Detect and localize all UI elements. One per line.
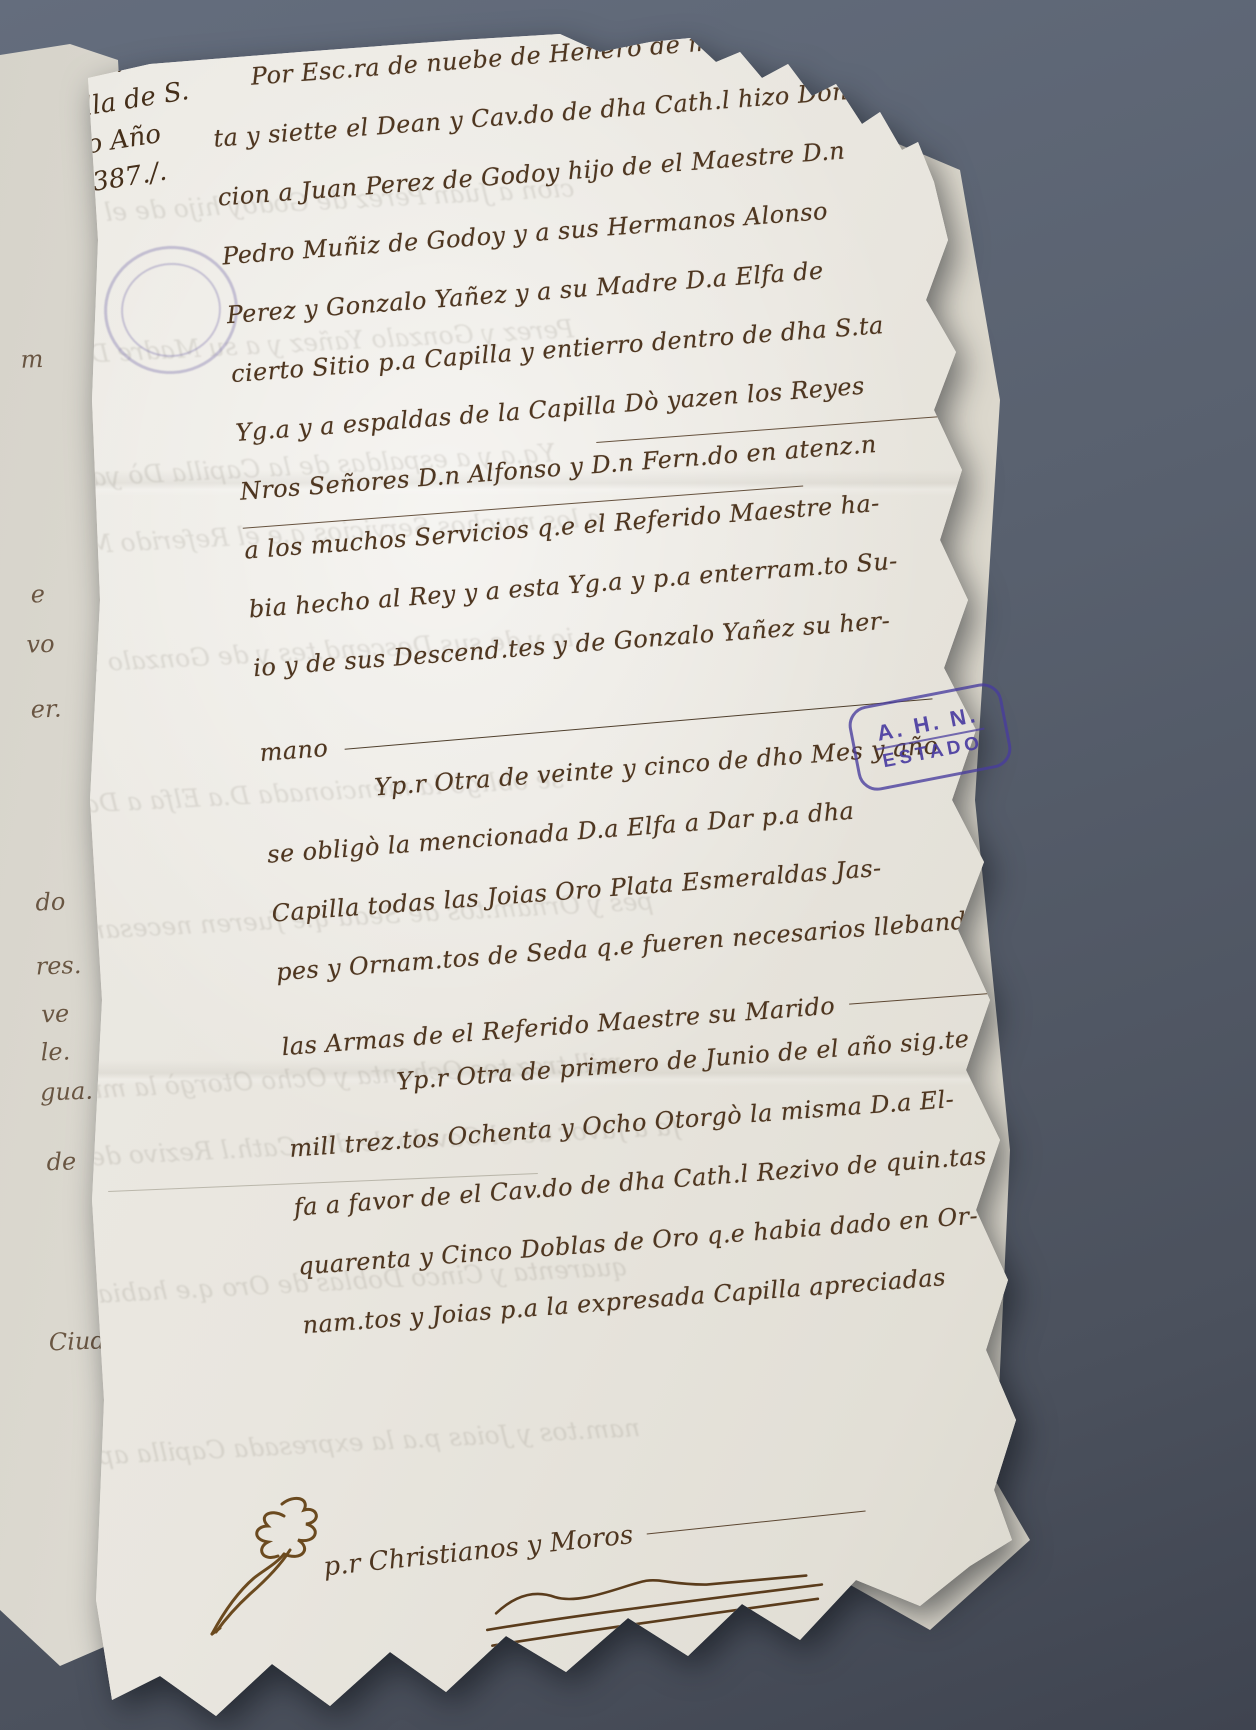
- photograph-of-manuscript: m e vo er. do res. ve le. gua. de Ciud c…: [0, 0, 1256, 1730]
- ink-flourish-drawing: [186, 1486, 336, 1656]
- margin-annotation: P.ⁿ Capilla de S. Pablo Año de 1387./.: [15, 25, 237, 210]
- closing-flourish: [476, 1554, 841, 1659]
- ink-dash: [849, 991, 1019, 1005]
- main-sheet-wrapper: cion a Juan Perez de Godoy hijo de el Ma…: [0, 0, 1256, 1730]
- circular-archive-seal-inner-ring: [115, 256, 227, 363]
- manuscript-page: cion a Juan Perez de Godoy hijo de el Ma…: [0, 0, 1256, 1730]
- bleedthrough-text: nam.tos y Joias p.a la expresada Capilla…: [0, 1413, 641, 1476]
- ink-dash: [647, 1510, 866, 1534]
